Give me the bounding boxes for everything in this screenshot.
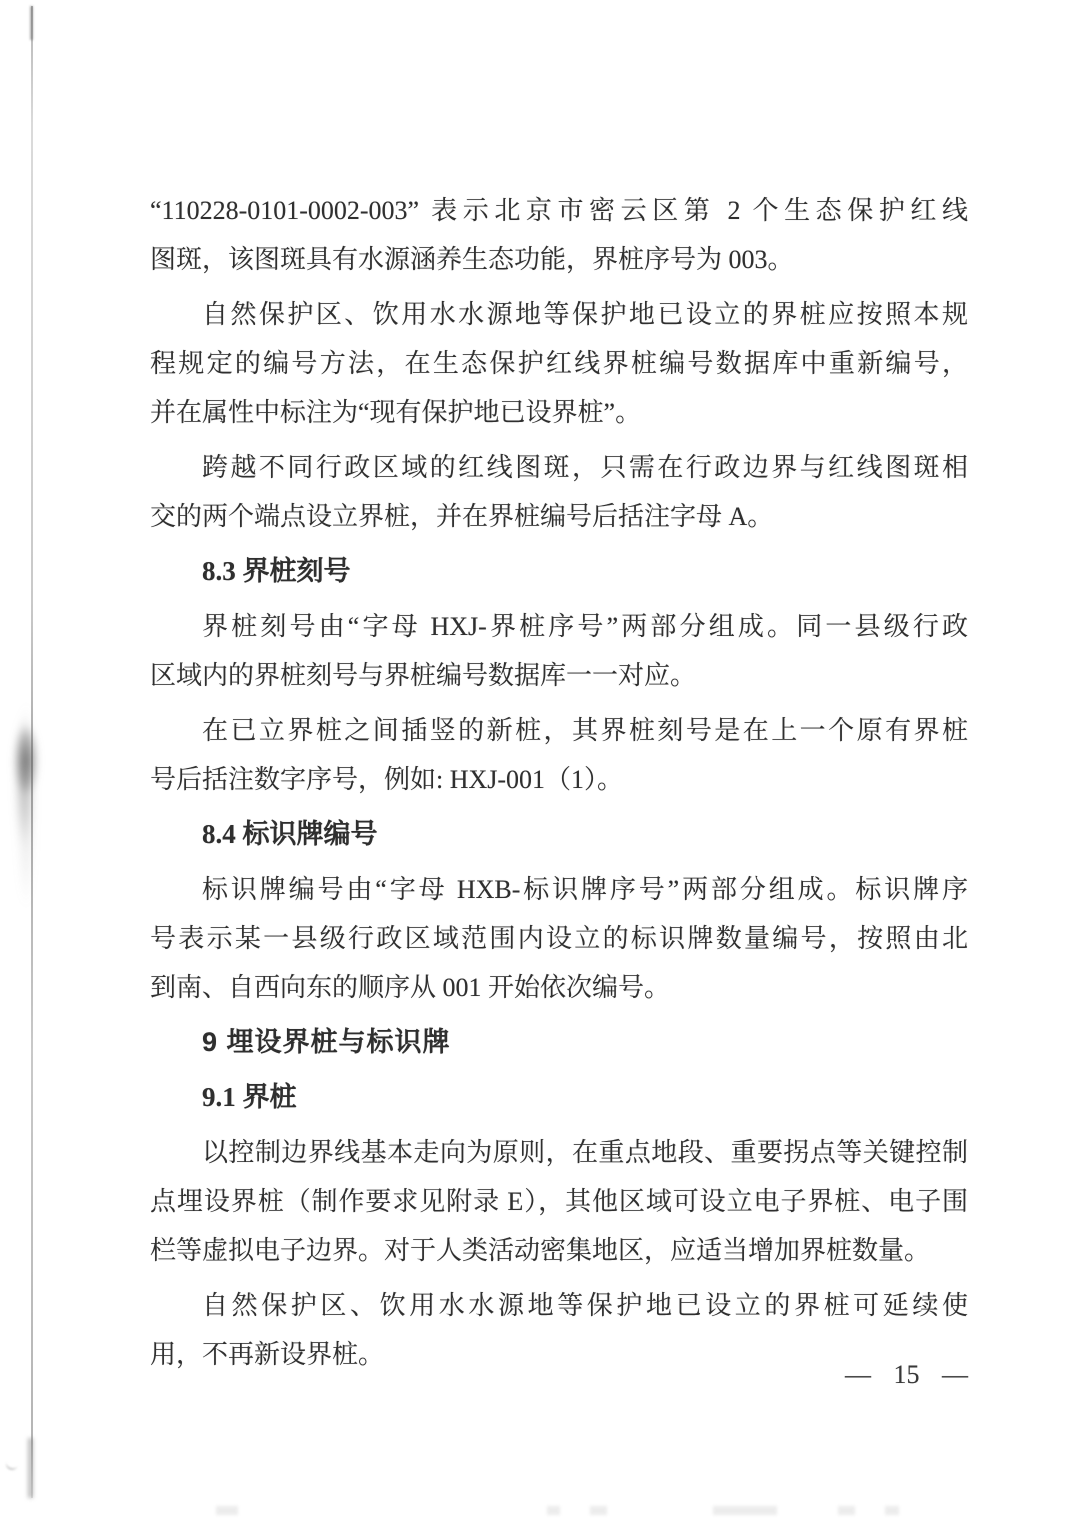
bleedthrough-mark [590, 1506, 607, 1515]
text-line: 在已立界桩之间插竖的新桩，其界桩刻号是在上一个原有界桩 [150, 706, 968, 755]
scanned-document-page: “110228-0101-0002-003” 表示北京市密云区第 2 个生态保护… [0, 0, 1080, 1526]
paragraph-cross-administrative-regions: 跨越不同行政区域的红线图斑，只需在行政边界与红线图斑相交的两个端点设立界桩，并在… [150, 443, 968, 541]
text-line: 跨越不同行政区域的红线图斑，只需在行政边界与红线图斑相 [150, 443, 968, 492]
page-number: — 15 — [150, 1360, 968, 1390]
text-line: 自然保护区、饮用水水源地等保护地已设立的界桩应按照本规 [150, 290, 968, 339]
text-line: 自然保护区、饮用水水源地等保护地已设立的界桩可延续使 [150, 1281, 968, 1330]
paragraph-sign-numbering: 标识牌编号由“字母 HXB-标识牌序号”两部分组成。标识牌序号表示某一县级行政区… [150, 865, 968, 1012]
text-line: 到南、自西向东的顺序从 001 开始依次编号。 [150, 963, 968, 1012]
scan-smudge-artifact [0, 640, 56, 920]
text-line: 9.1 界桩 [150, 1073, 968, 1122]
text-line: 图斑，该图斑具有水源涵养生态功能，界桩序号为 003。 [150, 235, 968, 284]
paragraph-existing-protected-areas-renumber: 自然保护区、饮用水水源地等保护地已设立的界桩应按照本规程规定的编号方法，在生态保… [150, 290, 968, 437]
paragraph-new-marker-between-existing: 在已立界桩之间插竖的新桩，其界桩刻号是在上一个原有界桩号后括注数字序号，例如: … [150, 706, 968, 804]
text-line: 8.4 标识牌编号 [150, 810, 968, 859]
section-heading-9-1: 9.1 界桩 [150, 1073, 968, 1122]
text-line: “110228-0101-0002-003” 表示北京市密云区第 2 个生态保护… [150, 186, 968, 235]
bleedthrough-mark [216, 1506, 238, 1515]
document-text-column: “110228-0101-0002-003” 表示北京市密云区第 2 个生态保护… [150, 186, 968, 1379]
text-line: 并在属性中标注为“现有保护地已设界桩”。 [150, 388, 968, 437]
bleedthrough-mark [713, 1506, 777, 1515]
bleedthrough-mark [885, 1506, 899, 1515]
section-heading-8-4: 8.4 标识牌编号 [150, 810, 968, 859]
chapter-heading-9: 9 埋设界桩与标识牌 [150, 1018, 968, 1067]
text-line: 以控制边界线基本走向为原则，在重点地段、重要拐点等关键控制 [150, 1128, 968, 1177]
paragraph-marker-placement-principle: 以控制边界线基本走向为原则，在重点地段、重要拐点等关键控制点埋设界桩（制作要求见… [150, 1128, 968, 1275]
bleedthrough-mark [838, 1506, 855, 1515]
paragraph-marker-inscription-number: 界桩刻号由“字母 HXJ-界桩序号”两部分组成。同一县级行政区域内的界桩刻号与界… [150, 602, 968, 700]
text-line: 界桩刻号由“字母 HXJ-界桩序号”两部分组成。同一县级行政 [150, 602, 968, 651]
text-line: 8.3 界桩刻号 [150, 547, 968, 596]
text-line: 点埋设界桩（制作要求见附录 E），其他区域可设立电子界桩、电子围 [150, 1177, 968, 1226]
text-line: 9 埋设界桩与标识牌 [150, 1018, 968, 1067]
text-line: 栏等虚拟电子边界。对于人类活动密集地区，应适当增加界桩数量。 [150, 1226, 968, 1275]
text-line: 标识牌编号由“字母 HXB-标识牌序号”两部分组成。标识牌序 [150, 865, 968, 914]
bleedthrough-mark [547, 1506, 560, 1515]
section-heading-8-3: 8.3 界桩刻号 [150, 547, 968, 596]
scan-hook-mark-artifact [4, 1456, 19, 1471]
text-line: 号表示某一县级行政区域范围内设立的标识牌数量编号，按照由北 [150, 914, 968, 963]
text-line: 交的两个端点设立界桩，并在界桩编号后括注字母 A。 [150, 492, 968, 541]
text-line: 号后括注数字序号，例如: HXJ-001（1）。 [150, 755, 968, 804]
text-line: 区域内的界桩刻号与界桩编号数据库一一对应。 [150, 651, 968, 700]
paragraph-pattern-example: “110228-0101-0002-003” 表示北京市密云区第 2 个生态保护… [150, 186, 968, 284]
scan-line-end-artifact [28, 1438, 33, 1498]
scan-line-tip-artifact [30, 6, 33, 40]
text-line: 程规定的编号方法，在生态保护红线界桩编号数据库中重新编号， [150, 339, 968, 388]
